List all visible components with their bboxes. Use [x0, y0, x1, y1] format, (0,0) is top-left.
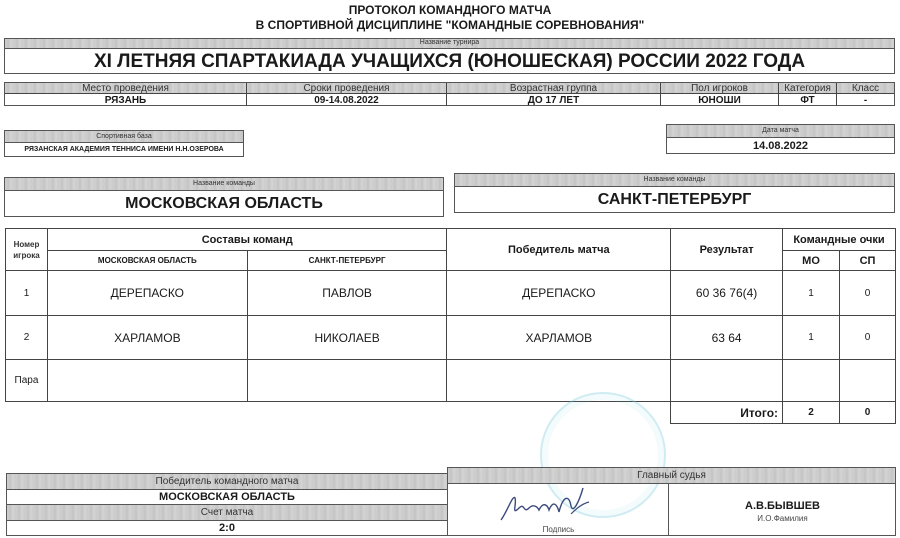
row-sp [840, 360, 896, 402]
table-row: 2 ХАРЛАМОВ НИКОЛАЕВ ХАРЛАМОВ 63 64 1 0 [6, 316, 896, 360]
row-mo: 1 [783, 316, 840, 360]
header-team2: САНКТ-ПЕТЕРБУРГ [247, 251, 447, 271]
total-mo: 2 [783, 402, 840, 424]
table-row: 1 ДЕРЕПАСКО ПАВЛОВ ДЕРЕПАСКО 60 36 76(4)… [6, 271, 896, 316]
row-player2 [247, 360, 447, 402]
sport-base-label: Спортивная база [5, 131, 243, 143]
judge-name-cell: А.В.БЫВШЕВ И.О.Фамилия [670, 484, 895, 536]
venue-value: РЯЗАНЬ [5, 94, 247, 106]
match-score-value: 2:0 [7, 521, 447, 535]
class-value: - [837, 94, 894, 106]
judge-name: А.В.БЫВШЕВ [670, 500, 895, 512]
total-sp: 0 [840, 402, 896, 424]
row-mo [783, 360, 840, 402]
row-number: Пара [6, 360, 48, 402]
row-result: 63 64 [671, 316, 783, 360]
age-group-label: Возрастная группа [447, 83, 661, 94]
chief-judge-box: Главный судья Подпись А.В.БЫВШЕВ И.О.Фам… [447, 467, 896, 536]
row-winner [447, 360, 671, 402]
team2-box: Название команды САНКТ-ПЕТЕРБУРГ [454, 173, 895, 213]
row-mo: 1 [783, 271, 840, 316]
dates-label: Сроки проведения [247, 83, 447, 94]
team2-label: Название команды [455, 174, 894, 187]
header-mo: МО [783, 251, 840, 271]
header-player-number: Номер игрока [6, 229, 48, 271]
protocol-title: ПРОТОКОЛ КОМАНДНОГО МАТЧА [0, 3, 900, 17]
class-label: Класс [837, 83, 894, 94]
row-number: 2 [6, 316, 48, 360]
dates-value: 09-14.08.2022 [247, 94, 447, 106]
signature-icon [493, 484, 603, 526]
header-rosters: Составы команд [47, 229, 446, 251]
header-winner: Победитель матча [447, 229, 671, 271]
judge-name-caption: И.О.Фамилия [670, 514, 895, 523]
signature-cell: Подпись [448, 484, 669, 536]
header-team1: МОСКОВСКАЯ ОБЛАСТЬ [47, 251, 247, 271]
header-team-points: Командные очки [783, 229, 896, 251]
match-date-label: Дата матча [667, 125, 894, 138]
row-player1: ХАРЛАМОВ [47, 316, 247, 360]
tournament-box: Название турнира XI ЛЕТНЯЯ СПАРТАКИАДА У… [4, 38, 895, 74]
match-date-box: Дата матча 14.08.2022 [666, 124, 895, 154]
row-winner: ДЕРЕПАСКО [447, 271, 671, 316]
row-player1: ДЕРЕПАСКО [47, 271, 247, 316]
signature-label: Подпись [448, 525, 669, 534]
sport-base-value: РЯЗАНСКАЯ АКАДЕМИЯ ТЕННИСА ИМЕНИ Н.Н.ОЗЕ… [5, 143, 243, 157]
row-sp: 0 [840, 316, 896, 360]
row-sp: 0 [840, 271, 896, 316]
team2-name: САНКТ-ПЕТЕРБУРГ [455, 187, 894, 213]
row-player1 [47, 360, 247, 402]
gender-value: ЮНОШИ [661, 94, 779, 106]
age-group-value: ДО 17 ЛЕТ [447, 94, 661, 106]
results-table: Номер игрока Составы команд Победитель м… [5, 228, 896, 424]
tournament-name: XI ЛЕТНЯЯ СПАРТАКИАДА УЧАЩИХСЯ (ЮНОШЕСКА… [5, 49, 894, 74]
gender-label: Пол игроков [661, 83, 779, 94]
row-result [671, 360, 783, 402]
total-row: Итого: 2 0 [6, 402, 896, 424]
tournament-label: Название турнира [5, 39, 894, 49]
match-date-value: 14.08.2022 [667, 138, 894, 154]
team-winner-label: Победитель командного матча [7, 474, 447, 490]
category-label: Категория [779, 83, 837, 94]
row-result: 60 36 76(4) [671, 271, 783, 316]
venue-label: Место проведения [5, 83, 247, 94]
match-score-label: Счет матча [7, 505, 447, 521]
row-player2: ПАВЛОВ [247, 271, 447, 316]
row-number: 1 [6, 271, 48, 316]
footer-winner-box: Победитель командного матча МОСКОВСКАЯ О… [6, 473, 448, 536]
team1-label: Название команды [5, 178, 443, 191]
row-winner: ХАРЛАМОВ [447, 316, 671, 360]
team1-name: МОСКОВСКАЯ ОБЛАСТЬ [5, 191, 443, 217]
team-winner-value: МОСКОВСКАЯ ОБЛАСТЬ [7, 490, 447, 505]
total-label: Итого: [671, 402, 783, 424]
protocol-subtitle: В СПОРТИВНОЙ ДИСЦИПЛИНЕ "КОМАНДНЫЕ СОРЕВ… [0, 18, 900, 32]
team1-box: Название команды МОСКОВСКАЯ ОБЛАСТЬ [4, 177, 444, 217]
sport-base-box: Спортивная база РЯЗАНСКАЯ АКАДЕМИЯ ТЕННИ… [4, 130, 244, 157]
header-sp: СП [840, 251, 896, 271]
table-row: Пара [6, 360, 896, 402]
chief-judge-label: Главный судья [448, 468, 895, 484]
header-result: Результат [671, 229, 783, 271]
row-player2: НИКОЛАЕВ [247, 316, 447, 360]
info-table: Место проведения РЯЗАНЬ Сроки проведения… [4, 82, 895, 106]
category-value: ФТ [779, 94, 837, 106]
